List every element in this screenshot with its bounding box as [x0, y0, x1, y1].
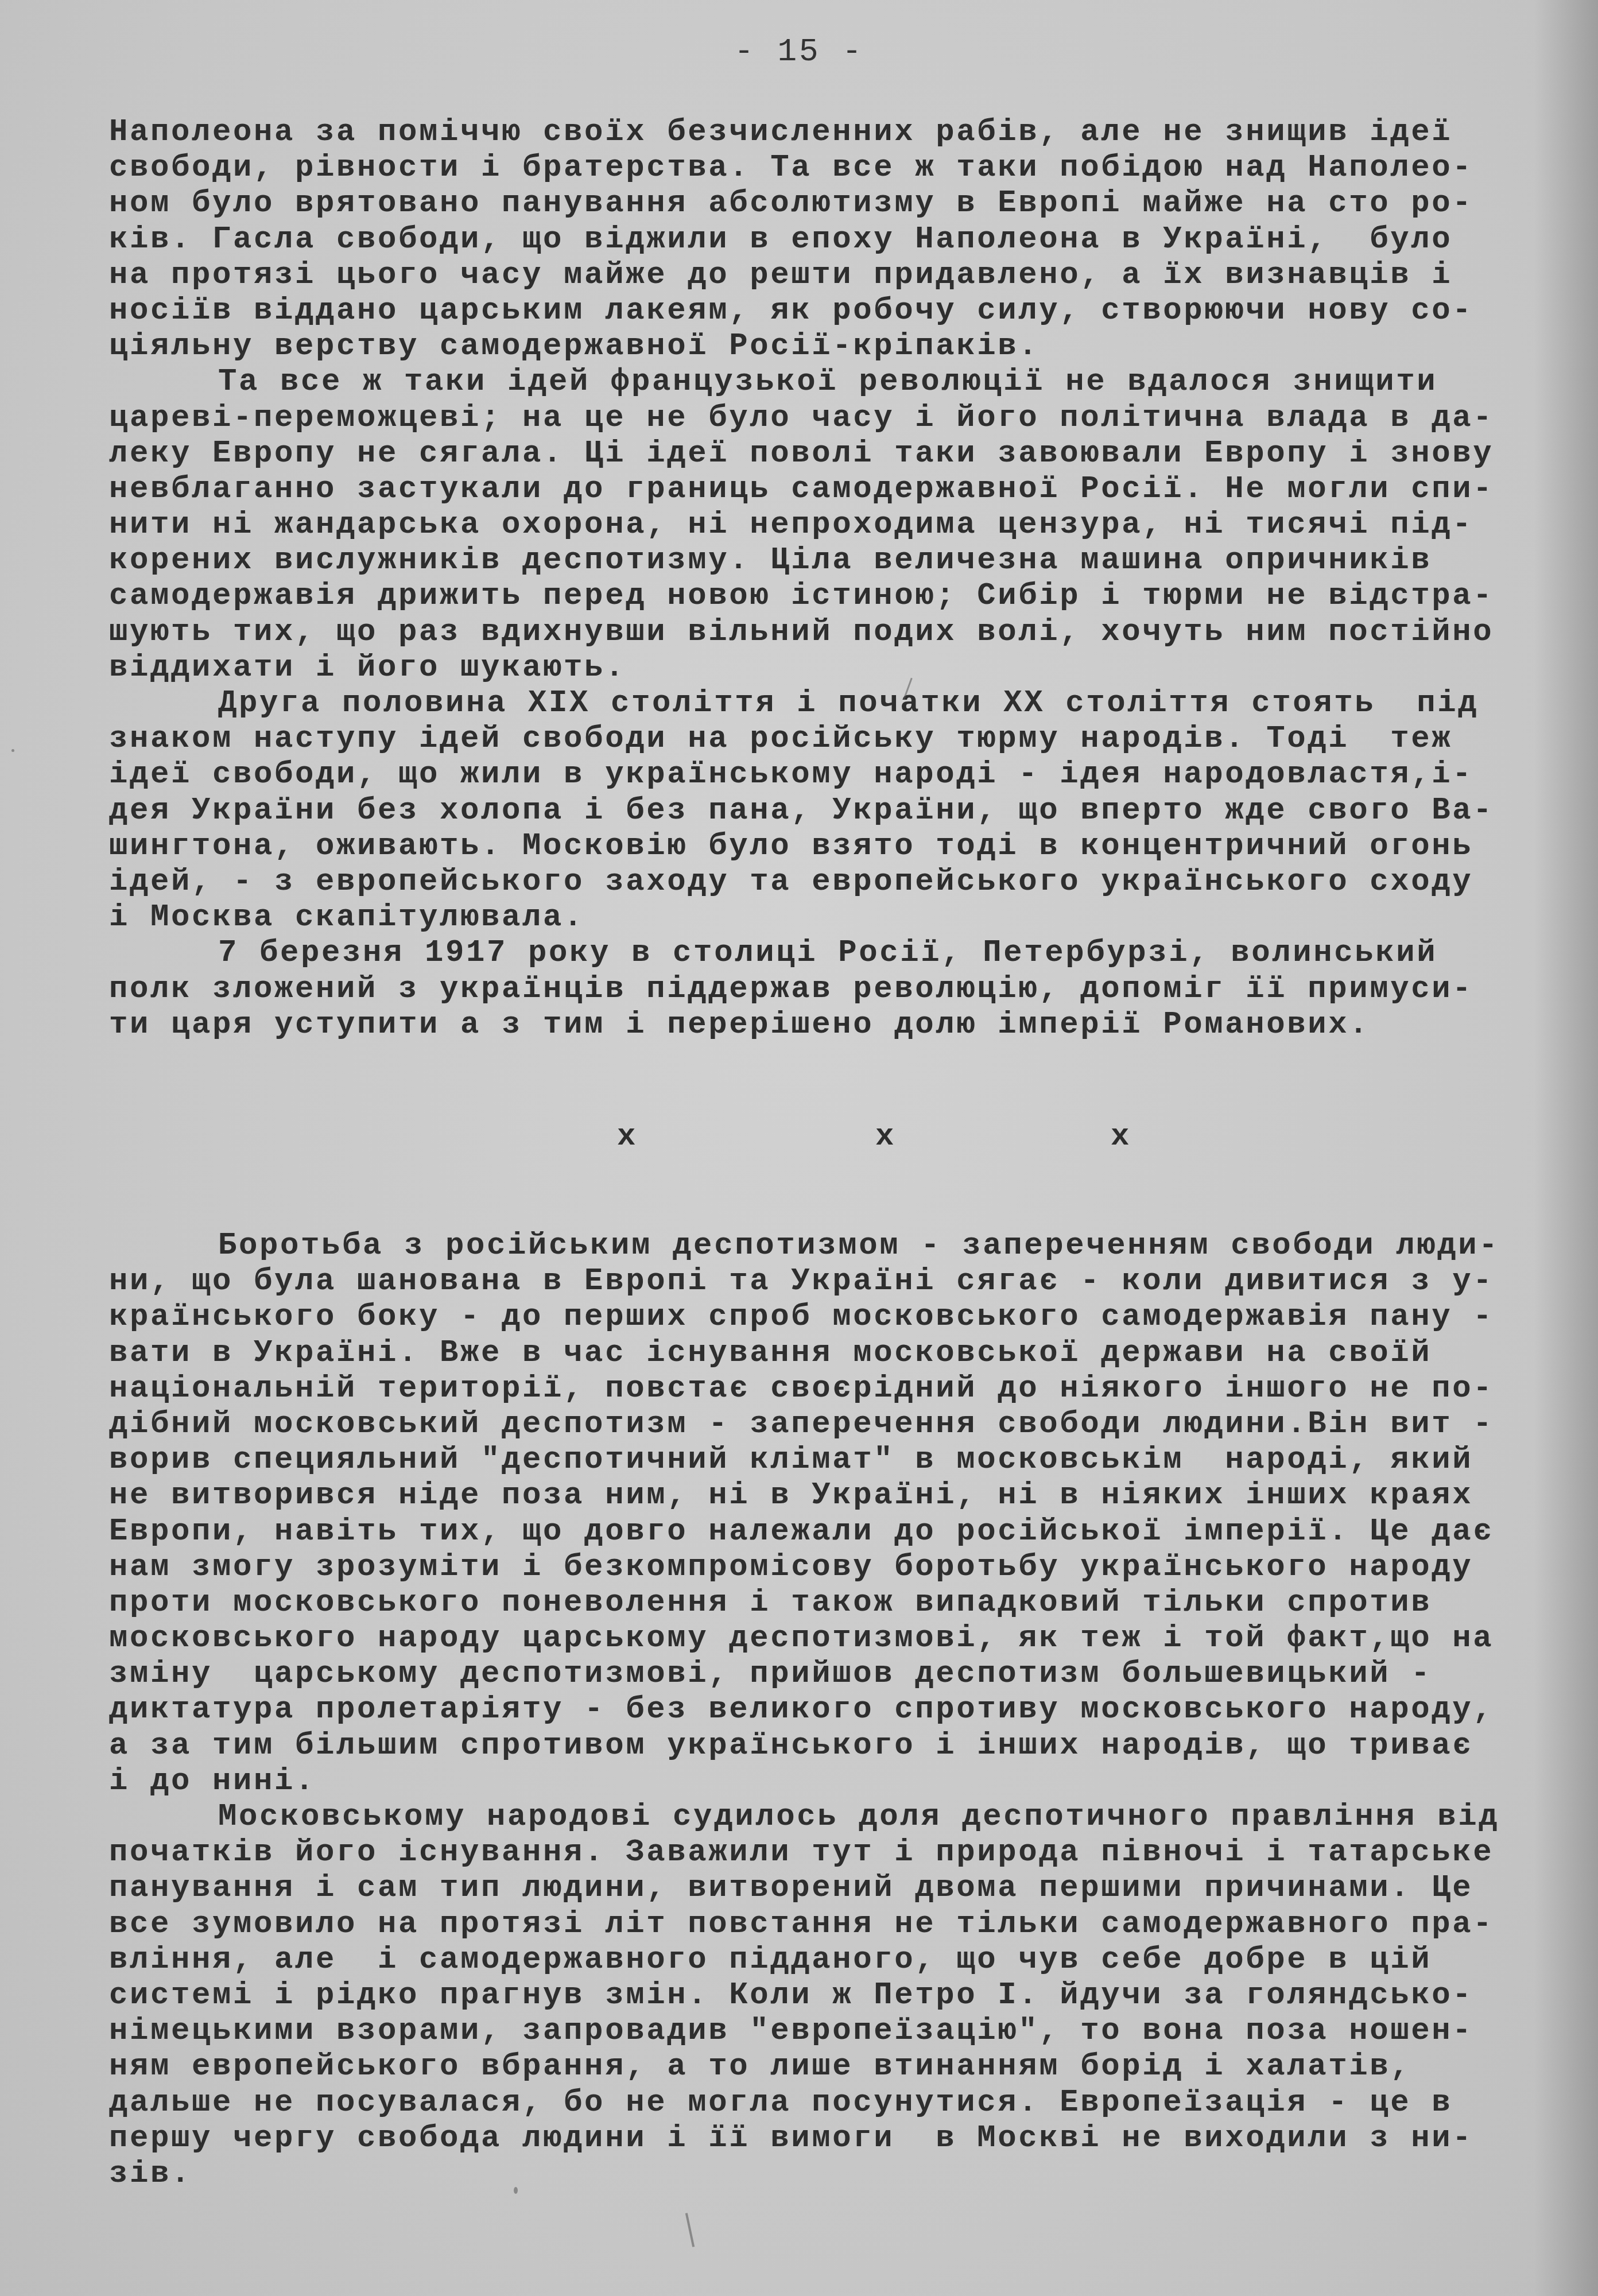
text-line: ідеї свободи, що жили в українському нар… [109, 757, 1556, 793]
text-line: ціяльну верству самодержавної Росії-кріп… [109, 329, 1556, 364]
scan-artifact [685, 2213, 695, 2247]
paragraph: Та все ж таки ідей французької революції… [109, 364, 1556, 686]
paragraph: Боротьба з російським деспотизмом - запе… [109, 1228, 1556, 1799]
paragraph: Друга половина XIX століття і початки XX… [109, 686, 1556, 936]
text-line: дея України без холопа і без пана, Украї… [109, 793, 1556, 829]
text-line: диктатура пролетаріяту - без великого сп… [109, 1692, 1556, 1728]
text-line: першу чергу свобода людини і її вимоги в… [109, 2121, 1556, 2157]
text-line: зміну царському деспотизмові, прийшов де… [109, 1657, 1556, 1692]
text-line: ни, що була шанована в Европі та Україні… [109, 1264, 1556, 1300]
text-line: німецькими взорами, запровадив "европеїз… [109, 2014, 1556, 2049]
text-line: початків його існування. Заважили тут і … [109, 1835, 1556, 1871]
text-line: знаком наступу ідей свободи на російську… [109, 722, 1556, 757]
separator-mark: x [1111, 1119, 1129, 1154]
text-line: самодержавія дрижить перед новою істиною… [109, 579, 1556, 614]
text-line: на протязі цього часу майже до решти при… [109, 258, 1556, 293]
text-line: нити ні жандарська охорона, ні непроходи… [109, 507, 1556, 543]
text-line: Друга половина XIX століття і початки XX… [109, 686, 1556, 722]
text-line: невблаганно застукали до границь самодер… [109, 472, 1556, 507]
text-line: ворив специяльний "деспотичний клімат" в… [109, 1442, 1556, 1478]
text-line: Та все ж таки ідей французької революції… [109, 364, 1556, 400]
text-line: країнського боку - до перших спроб моско… [109, 1300, 1556, 1335]
text-line: не витворився ніде поза ним, ні в Україн… [109, 1478, 1556, 1514]
text-line: дібний московський деспотизм - заперечен… [109, 1407, 1556, 1442]
text-line: вління, але і самодержавного підданого, … [109, 1942, 1556, 1978]
text-line: Боротьба з російським деспотизмом - запе… [109, 1228, 1556, 1264]
text-line: і до нині. [109, 1764, 1556, 1799]
text-line: національній території, повстає своєрідн… [109, 1371, 1556, 1407]
text-line: зів. [109, 2157, 1556, 2192]
text-line: корених вислужників деспотизму. Ціла вел… [109, 543, 1556, 579]
text-line: а за тим більшим спротивом українського … [109, 1728, 1556, 1764]
text-line: цареві-переможцеві; на це не було часу і… [109, 401, 1556, 436]
text-line: шингтона, оживають. Московію було взято … [109, 829, 1556, 864]
text-line: 7 березня 1917 року в столиці Росії, Пет… [109, 936, 1556, 971]
text-line: віддихати і його шукають. [109, 650, 1556, 686]
text-line: і Москва скапітулювала. [109, 900, 1556, 936]
text-line: ків. Гасла свободи, що віджили в епоху Н… [109, 222, 1556, 258]
text-line: вати в Україні. Вже в час існування моск… [109, 1336, 1556, 1371]
text-line: Европи, навіть тих, що довго належали до… [109, 1514, 1556, 1550]
paragraph: 7 березня 1917 року в столиці Росії, Пет… [109, 936, 1556, 1043]
text-line: шують тих, що раз вдихнувши вільний поди… [109, 615, 1556, 650]
text-line: леку Европу не сягала. Ці ідеї поволі та… [109, 436, 1556, 472]
section-2-text: Боротьба з російським деспотизмом - запе… [109, 1228, 1556, 2192]
text-line: нам змогу зрозуміти і безкомпромісову бо… [109, 1550, 1556, 1585]
text-line: московського народу царському деспотизмо… [109, 1621, 1556, 1657]
separator-mark: x [617, 1119, 635, 1154]
text-line: свободи, рівности і братерства. Та все ж… [109, 150, 1556, 186]
paragraph: Наполеона за поміччю своїх безчисленних … [109, 115, 1556, 364]
text-line: ням европейського вбрання, а то лише вти… [109, 2049, 1556, 2085]
text-line: полк зложений з українців піддержав рево… [109, 972, 1556, 1007]
scan-artifact [11, 749, 14, 752]
text-line: ном було врятовано панування абсолютизму… [109, 186, 1556, 222]
text-line: Московському народові судилось доля десп… [109, 1799, 1556, 1835]
paragraph: Московському народові судилось доля десп… [109, 1799, 1556, 2192]
text-line: панування і сам тип людини, витворений д… [109, 1871, 1556, 1906]
text-line: дальше не посувалася, бо не могла посуну… [109, 2085, 1556, 2121]
text-line: носіїв віддано царським лакеям, як робоч… [109, 293, 1556, 329]
text-line: системі і рідко прагнув змін. Коли ж Пет… [109, 1978, 1556, 2014]
text-line: все зумовило на протязі літ повстання не… [109, 1907, 1556, 1942]
text-line: Наполеона за поміччю своїх безчисленних … [109, 115, 1556, 150]
scan-artifact [514, 2187, 518, 2194]
section-1-text: Наполеона за поміччю своїх безчисленних … [109, 115, 1556, 1043]
text-line: ти царя уступити а з тим і перерішено до… [109, 1007, 1556, 1043]
separator-mark: x [875, 1119, 894, 1154]
section-separator: x x x [0, 1119, 1598, 1159]
page-number: - 15 - [0, 33, 1598, 70]
text-line: проти московського поневолення і також в… [109, 1585, 1556, 1621]
text-line: ідей, - з европейського заходу та европе… [109, 864, 1556, 900]
